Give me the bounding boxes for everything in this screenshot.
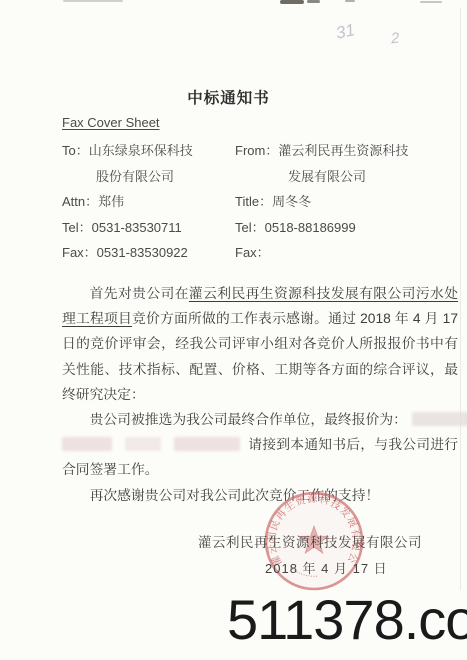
body-paragraph-3: 请接到本通知书后，与我公司进行合同签署工作。	[62, 432, 458, 482]
title-label: Title：	[235, 194, 272, 209]
signature-date: 2018 年 4 月 17 日	[265, 558, 388, 577]
fax-attn: Attn：郑伟	[62, 189, 235, 215]
fax-heading: Fax Cover Sheet	[62, 112, 458, 138]
redaction-blur	[125, 437, 161, 451]
scan-edge-line	[460, 8, 461, 590]
attn-label: Attn：	[62, 194, 98, 209]
fax-tel-to: Tel：0531-83530711	[62, 215, 235, 241]
scan-smudge	[307, 0, 320, 3]
fax-value: 0531-83530922	[97, 245, 188, 260]
from-value: 灌云利民再生资源科技	[278, 143, 408, 158]
p1-lead: 首先对贵公司在	[90, 286, 189, 301]
body-paragraph-2: 贵公司被推选为我公司最终合作单位，最终报价为：	[62, 407, 458, 432]
watermark-text: 511378.com	[227, 589, 467, 651]
signature-company: 灌云利民再生资源科技发展有限公司	[198, 531, 422, 551]
tel-label: Tel：	[235, 220, 265, 235]
scan-smudge	[280, 0, 304, 4]
tel-value: 0531-83530711	[92, 220, 182, 235]
to-value: 山东绿泉环保科技	[89, 143, 193, 158]
to-label: To：	[62, 143, 89, 158]
from-label: From：	[235, 143, 278, 158]
fax-row-tel: Tel：0531-83530711 Tel：0518-88186999	[62, 215, 458, 241]
fax-fax-from: Fax：	[235, 240, 458, 266]
fax-heading-label: Fax Cover Sheet	[62, 115, 160, 130]
p2-text: 贵公司被推选为我公司最终合作单位，最终报价为：	[90, 412, 407, 427]
fax-row-fax: Fax：0531-83530922 Fax：	[62, 240, 458, 266]
scanned-document-page: 31 2 中标通知书 Fax Cover Sheet To：山东绿泉环保科技 F…	[0, 0, 467, 660]
fax-to: To：山东绿泉环保科技	[62, 138, 235, 164]
fax-fax-to: Fax：0531-83530922	[62, 240, 235, 266]
from-value-line2: 发展有限公司	[288, 164, 458, 190]
fax-row-company-line2: 股份有限公司 发展有限公司	[62, 164, 458, 190]
handwritten-mark: 2	[390, 30, 400, 48]
attn-value: 郑伟	[98, 194, 124, 209]
document-title: 中标通知书	[0, 86, 457, 108]
fax-tel-from: Tel：0518-88186999	[235, 215, 458, 241]
fax-row-attn-title: Attn：郑伟 Title：周冬冬	[62, 189, 458, 215]
redaction-blur	[62, 437, 112, 451]
handwritten-mark: 31	[334, 20, 357, 43]
fax-label: Fax：	[62, 245, 97, 260]
scan-smudge	[63, 0, 123, 2]
fax-cover-sheet: Fax Cover Sheet To：山东绿泉环保科技 From：灌云利民再生资…	[62, 112, 458, 266]
redaction-blur	[174, 437, 240, 451]
fax-label: Fax：	[235, 245, 270, 260]
body-paragraph-4: 再次感谢贵公司对我公司此次竞价工作的支持！	[62, 483, 458, 508]
redaction-blur	[412, 412, 467, 426]
tel-label: Tel：	[62, 220, 92, 235]
fax-from: From：灌云利民再生资源科技	[235, 138, 458, 164]
letter-body: 首先对贵公司在灌云利民再生资源科技发展有限公司污水处理工程项目竞价方面所做的工作…	[62, 281, 458, 508]
body-paragraph-1: 首先对贵公司在灌云利民再生资源科技发展有限公司污水处理工程项目竞价方面所做的工作…	[62, 281, 458, 407]
to-value-line2: 股份有限公司	[96, 164, 235, 190]
fax-row-to-from: To：山东绿泉环保科技 From：灌云利民再生资源科技	[62, 138, 458, 164]
fax-title: Title：周冬冬	[235, 189, 458, 215]
title-value: 周冬冬	[272, 194, 311, 209]
scan-smudge	[345, 0, 355, 2]
p3-text: 请接到本通知书后，与我公司进行合同签署工作。	[62, 437, 458, 477]
scan-smudge	[420, 1, 442, 3]
tel-value: 0518-88186999	[265, 220, 356, 235]
